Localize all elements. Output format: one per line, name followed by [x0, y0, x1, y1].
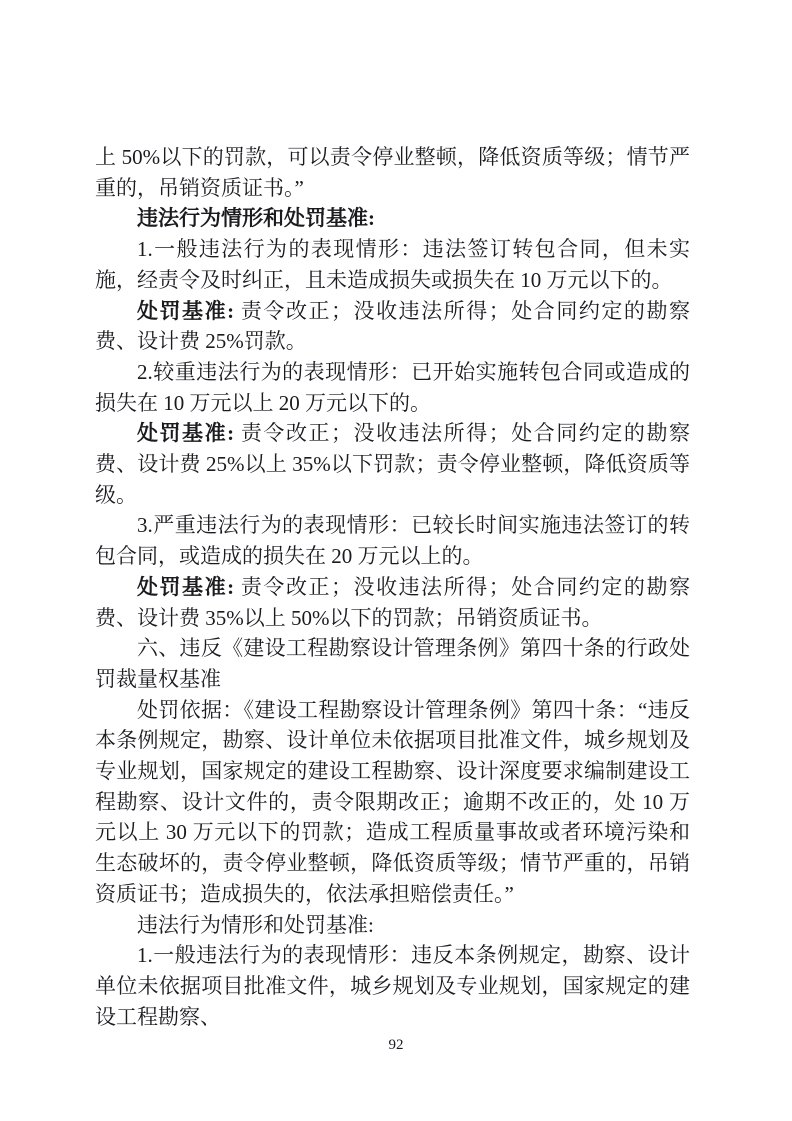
penalty-basis-1: 处罚基准: 责令改正；没收违法所得；处合同约定的勘察费、设计费 25%罚款。 [95, 296, 690, 357]
penalty-basis-label: 处罚基准: [137, 299, 234, 323]
paragraph-text: 3.严重违法行为的表现情形：已较长时间实施违法签订的转包合同，或造成的损失在 2… [95, 513, 690, 568]
paragraph-text: 上 50%以下的罚款，可以责令停业整顿，降低资质等级；情节严重的，吊销资质证书。… [95, 145, 690, 200]
item-3-severe-violation: 3.严重违法行为的表现情形：已较长时间实施违法签订的转包合同，或造成的损失在 2… [95, 510, 690, 571]
paragraph-text: 2.较重违法行为的表现情形：已开始实施转包合同或造成的损失在 10 万元以上 2… [95, 360, 690, 415]
paragraph-text: 六、违反《建设工程勘察设计管理条例》第四十条的行政处罚裁量权基准 [95, 636, 690, 691]
penalty-basis-label: 处罚基准: [137, 421, 234, 445]
paragraph-text: 处罚依据：《建设工程勘察设计管理条例》第四十条：“违反本条例规定，勘察、设计单位… [95, 698, 690, 906]
document-page: 上 50%以下的罚款，可以责令停业整顿，降低资质等级；情节严重的，吊销资质证书。… [0, 0, 792, 1121]
penalty-basis-3: 处罚基准: 责令改正；没收违法所得；处合同约定的勘察费、设计费 35%以上 50… [95, 572, 690, 633]
item-2-serious-violation: 2.较重违法行为的表现情形：已开始实施转包合同或造成的损失在 10 万元以上 2… [95, 357, 690, 418]
item-1-general-violation-2: 1.一般违法行为的表现情形：违反本条例规定，勘察、设计单位未依据项目批准文件，城… [95, 940, 690, 1032]
paragraph-text: 1.一般违法行为的表现情形：违法签订转包合同，但未实施，经责令及时纠正，且未造成… [95, 237, 690, 292]
item-1-general-violation: 1.一般违法行为的表现情形：违法签订转包合同，但未实施，经责令及时纠正，且未造成… [95, 234, 690, 295]
page-number: 92 [0, 1036, 792, 1054]
penalty-legal-basis-article-40: 处罚依据：《建设工程勘察设计管理条例》第四十条：“违反本条例规定，勘察、设计单位… [95, 695, 690, 910]
text-content: 上 50%以下的罚款，可以责令停业整顿，降低资质等级；情节严重的，吊销资质证书。… [95, 142, 690, 1032]
violation-basis-heading-2: 违法行为情形和处罚基准: [95, 910, 690, 941]
paragraph-text: 违法行为情形和处罚基准: [137, 913, 374, 937]
paragraph-text: 1.一般违法行为的表现情形：违反本条例规定，勘察、设计单位未依据项目批准文件，城… [95, 943, 690, 1028]
penalty-basis-2: 处罚基准: 责令改正；没收违法所得；处合同约定的勘察费、设计费 25%以上 35… [95, 418, 690, 510]
heading-bold-text: 违法行为情形和处罚基准: [137, 206, 375, 230]
section-heading-violation-basis: 违法行为情形和处罚基准: [95, 203, 690, 234]
section-six-heading: 六、违反《建设工程勘察设计管理条例》第四十条的行政处罚裁量权基准 [95, 633, 690, 694]
penalty-basis-label: 处罚基准: [137, 575, 234, 599]
paragraph-continuation: 上 50%以下的罚款，可以责令停业整顿，降低资质等级；情节严重的，吊销资质证书。… [95, 142, 690, 203]
